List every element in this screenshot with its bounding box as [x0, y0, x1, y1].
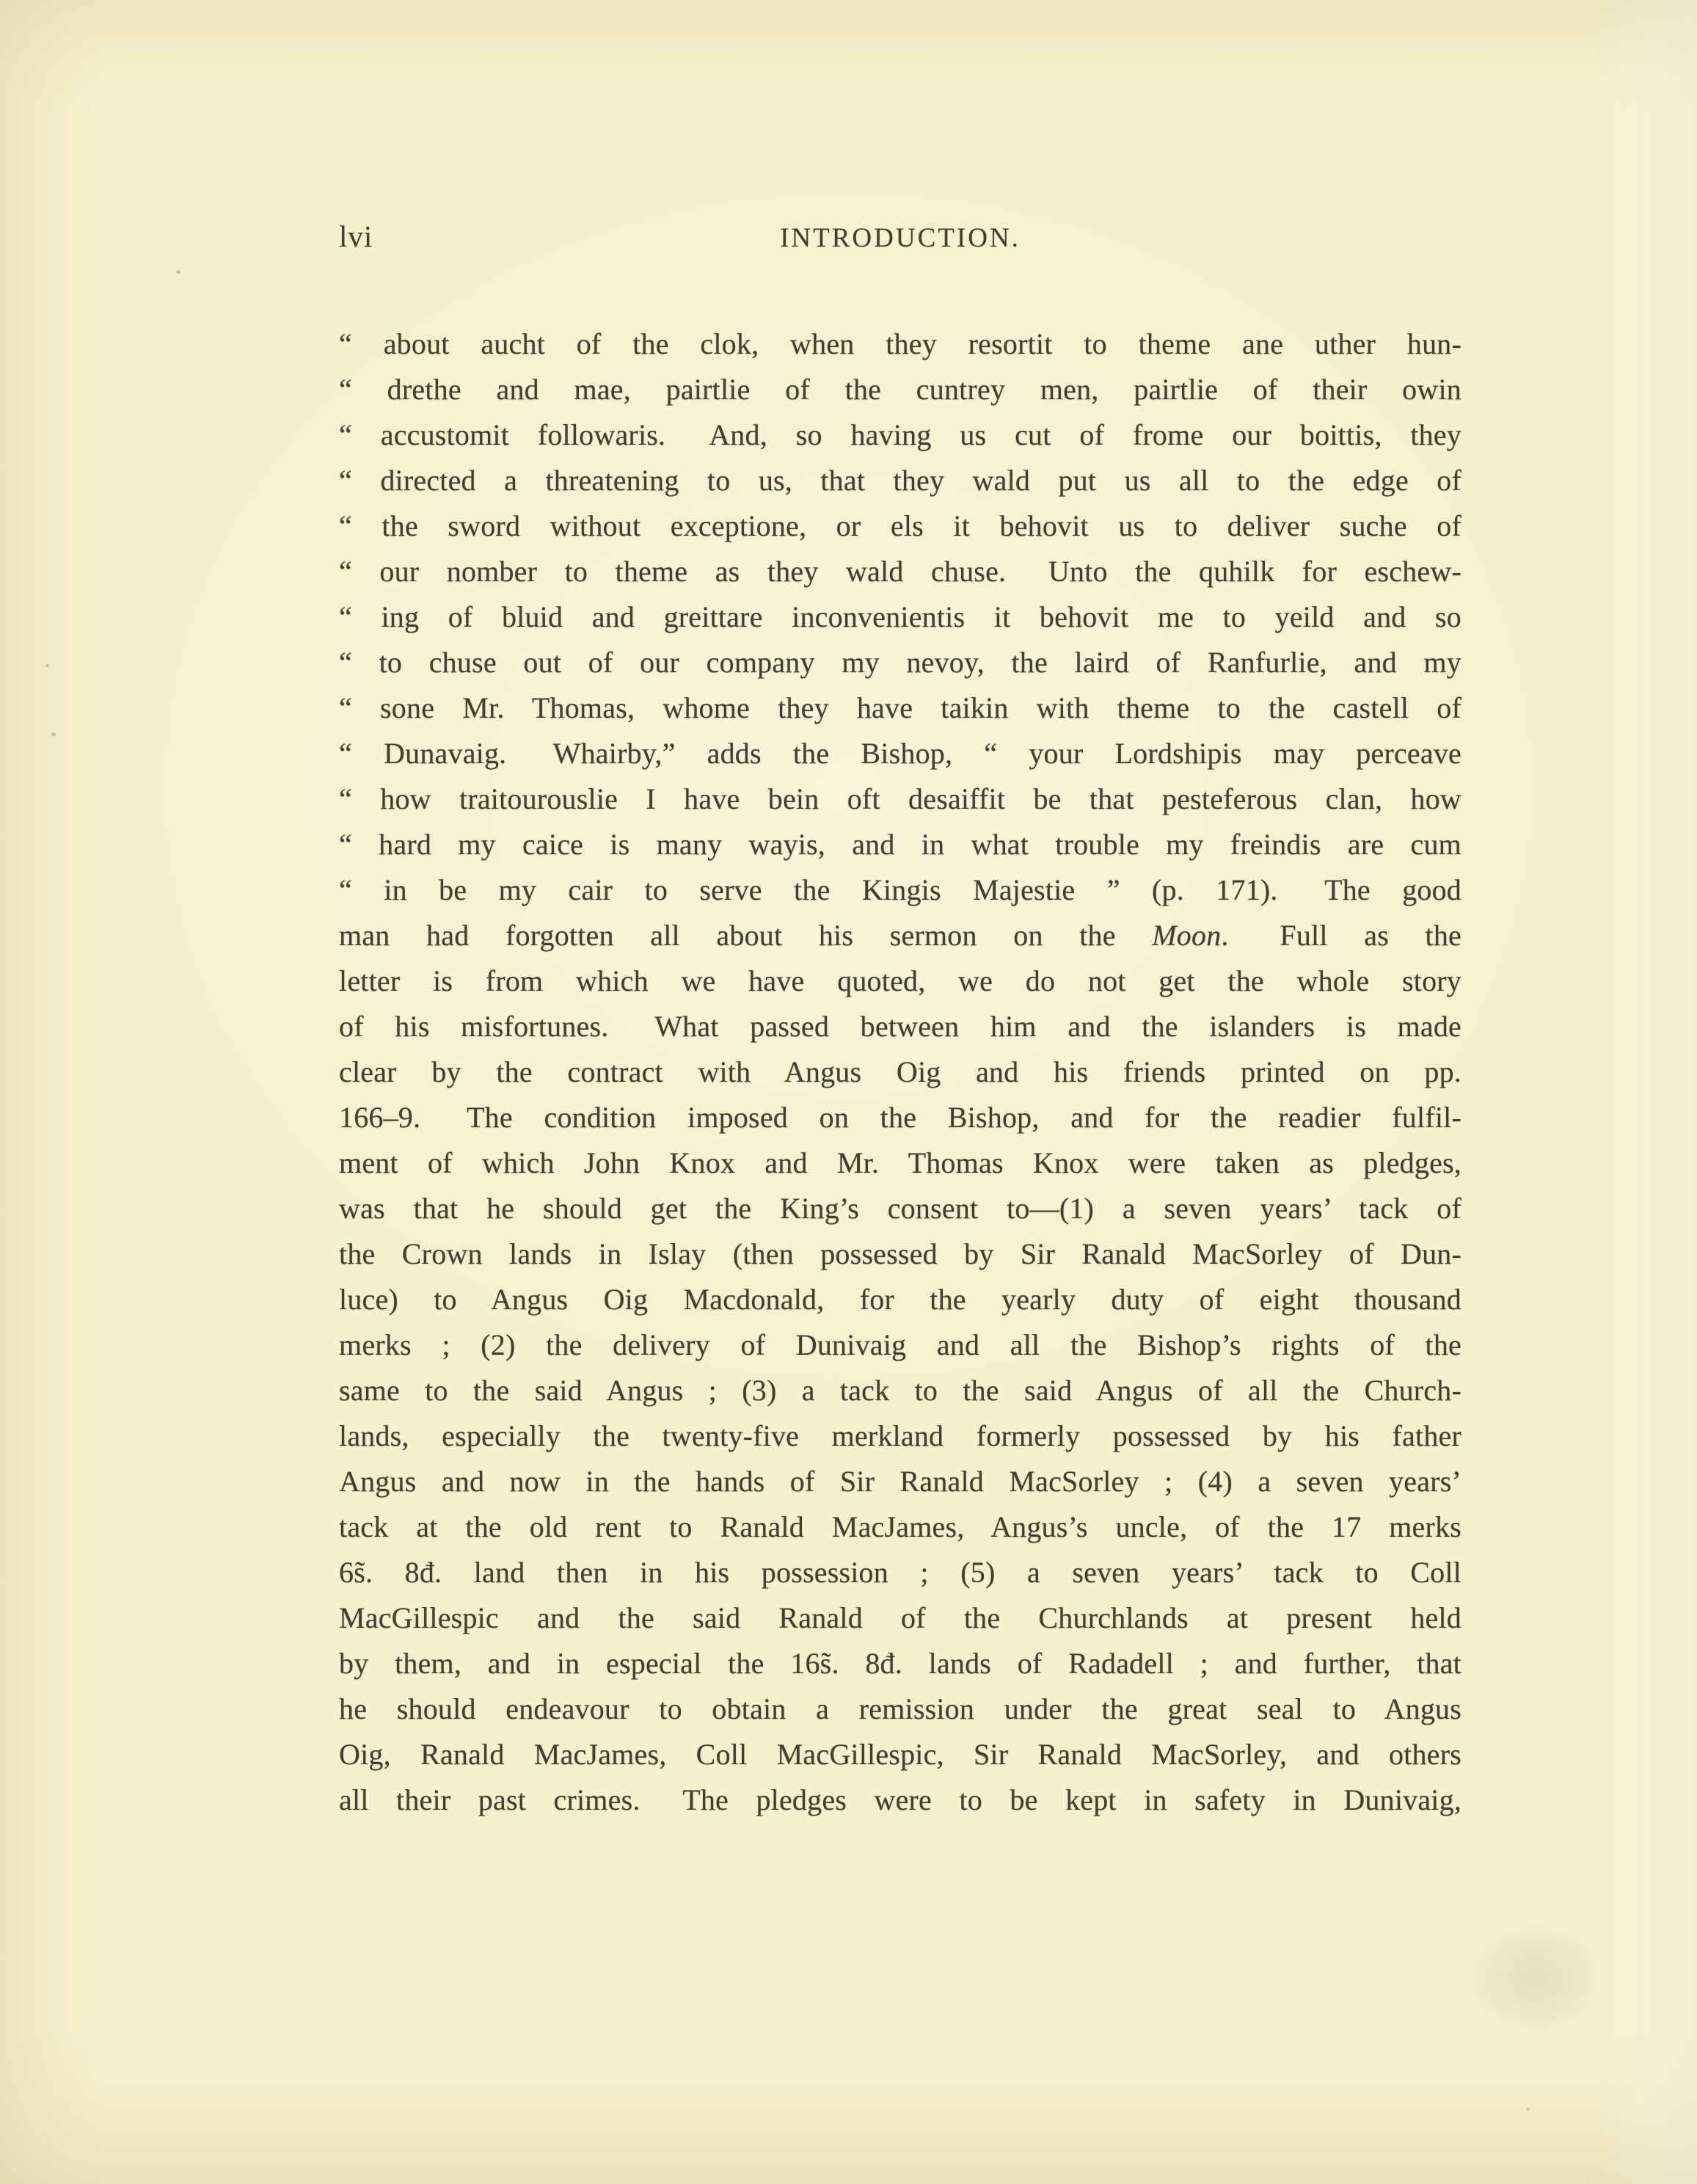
paper-speck [51, 732, 56, 736]
italic-word: Moon [1152, 919, 1221, 952]
paper-speck [176, 270, 180, 274]
text-line: “ Dunavaig. Whairby,” adds the Bishop, “… [339, 731, 1461, 776]
text-line: “ the sword without exceptione, or els i… [339, 503, 1461, 549]
text-line: “ our nomber to theme as they wald chuse… [339, 549, 1461, 594]
text-line: clear by the contract with Angus Oig and… [339, 1049, 1461, 1095]
text-segment: . Full as the [1221, 919, 1461, 952]
text-line: ment of which John Knox and Mr. Thomas K… [339, 1140, 1461, 1186]
paper-speck [1526, 2108, 1530, 2111]
text-line: “ sone Mr. Thomas, whome they have taiki… [339, 685, 1461, 731]
text-line: letter is from which we have quoted, we … [339, 958, 1461, 1004]
text-line: “ about aucht of the clok, when they res… [339, 321, 1461, 367]
text-line: 166–9. The condition imposed on the Bish… [339, 1095, 1461, 1140]
text-line: by them, and in especial the 16s̃. 8đ. l… [339, 1641, 1461, 1686]
text-line: was that he should get the King’s consen… [339, 1186, 1461, 1231]
text-line: man had forgotten all about his sermon o… [339, 913, 1461, 958]
page-header: lvi INTRODUCTION. [339, 219, 1461, 257]
text-line: 6s̃. 8đ. land then in his possession ; (… [339, 1550, 1461, 1595]
text-line: he should endeavour to obtain a remissio… [339, 1686, 1461, 1732]
text-line: “ directed a threatening to us, that the… [339, 458, 1461, 503]
text-line: Angus and now in the hands of Sir Ranald… [339, 1459, 1461, 1504]
text-line: “ drethe and mae, pairtlie of the cuntre… [339, 367, 1461, 412]
text-line: “ how traitourouslie I have bein oft des… [339, 776, 1461, 822]
text-line: luce) to Angus Oig Macdonald, for the ye… [339, 1277, 1461, 1322]
text-line: all their past crimes. The pledges were … [339, 1777, 1461, 1823]
text-line: the Crown lands in Islay (then possessed… [339, 1231, 1461, 1277]
body-text: “ about aucht of the clok, when they res… [339, 321, 1461, 1823]
book-page: lvi INTRODUCTION. “ about aucht of the c… [0, 0, 1697, 2184]
text-line: merks ; (2) the delivery of Dunivaig and… [339, 1322, 1461, 1368]
text-line: “ to chuse out of our company my nevoy, … [339, 640, 1461, 685]
text-line: “ ing of bluid and greittare inconvenien… [339, 594, 1461, 640]
text-line: tack at the old rent to Ranald MacJames,… [339, 1504, 1461, 1550]
text-line: “ in be my cair to serve the Kingis Maje… [339, 867, 1461, 913]
text-segment: man had forgotten all about his sermon o… [339, 919, 1152, 952]
text-line: of his misfortunes. What passed between … [339, 1004, 1461, 1049]
running-title: INTRODUCTION. [339, 221, 1461, 256]
text-line: Oig, Ranald MacJames, Coll MacGillespic,… [339, 1732, 1461, 1777]
text-line: MacGillespic and the said Ranald of the … [339, 1595, 1461, 1641]
paper-speck [45, 664, 49, 667]
paper-smudge [1444, 1905, 1627, 2052]
text-line: “ hard my caice is many wayis, and in wh… [339, 822, 1461, 867]
text-line: “ accustomit followaris. And, so having … [339, 412, 1461, 458]
text-line: same to the said Angus ; (3) a tack to t… [339, 1368, 1461, 1413]
text-line: lands, especially the twenty-five merkla… [339, 1413, 1461, 1459]
